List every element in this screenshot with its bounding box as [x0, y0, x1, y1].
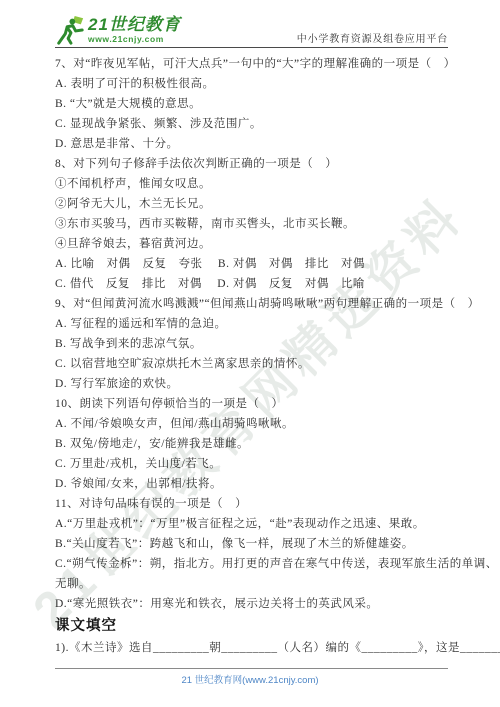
text-line: A. 写征程的遥远和军情的急迫。	[55, 314, 457, 334]
text-line: A.“万里赴戎机”：“万里”极言征程之远，“赴”表现动作之迅速、果敢。	[55, 514, 457, 534]
footer-site-link[interactable]: 21 世纪教育网(www.21cnjy.com)	[0, 672, 500, 686]
text-line: 无聊。	[55, 574, 457, 594]
logo-runner-icon	[55, 14, 85, 46]
text-line: A. 不闻/爷娘唤女声，但闻/燕山胡骑鸣啾啾。	[55, 414, 457, 434]
body-lines: 7、对“昨夜见军帖，可汗大点兵”一句中的“大”字的理解准确的一项是（ ）A. 表…	[55, 54, 457, 658]
logo-text: 21世纪教育 www.21cnjy.com	[88, 16, 181, 44]
text-line: C. 借代 反复 排比 对偶 D. 对偶 反复 对偶 比喻	[55, 274, 457, 294]
text-line: A. 表明了可汗的积极性很高。	[55, 74, 457, 94]
text-line: 1).《木兰诗》选自_________朝_________（人名）编的《____…	[55, 638, 457, 658]
text-line: 7、对“昨夜见军帖，可汗大点兵”一句中的“大”字的理解准确的一项是（ ）	[55, 54, 457, 74]
brand-name: 21世纪教育	[88, 16, 181, 33]
text-line: ④旦辞爷娘去，暮宿黄河边。	[55, 234, 457, 254]
section-heading: 课文填空	[55, 614, 457, 638]
text-line: ①不闻机杼声，惟闻女叹息。	[55, 174, 457, 194]
text-line: B. “大”就是大规模的意思。	[55, 94, 457, 114]
text-line: ③东市买骏马，西市买鞍鞯，南市买辔头，北市买长鞭。	[55, 214, 457, 234]
text-line: D. 写行军旅途的欢快。	[55, 374, 457, 394]
text-line: C. 显现战争紧张、频繁、涉及范围广。	[55, 114, 457, 134]
text-line: B. 写战争到来的悲凉气氛。	[55, 334, 457, 354]
text-line: C. 以宿营地空旷寂凉烘托木兰离家思亲的情怀。	[55, 354, 457, 374]
text-line: 10、朗读下列语句停顿恰当的一项是（ ）	[55, 394, 457, 414]
text-line: C.“朔气传金柝”：朔，指北方。用打更的声音在寒气中传送，表现军旅生活的单调、	[55, 554, 457, 574]
text-line: B.“关山度若飞”：跨越飞和山，像飞一样，展现了木兰的矫健雄姿。	[55, 534, 457, 554]
text-line: D. 爷娘闻/女来，出郭相/扶将。	[55, 474, 457, 494]
text-line: ②阿爷无大儿，木兰无长兄。	[55, 194, 457, 214]
page-header: 21世纪教育 www.21cnjy.com 中小学教育资源及组卷应用平台	[55, 9, 448, 48]
text-line: 9、对“但闻黄河流水鸣溅溅”“但闻燕山胡骑鸣啾啾”两句理解正确的一项是（ ）	[55, 294, 457, 314]
text-line: B. 双兔/傍地走/，安/能辨我是雄雌。	[55, 434, 457, 454]
platform-title: 中小学教育资源及组卷应用平台	[297, 30, 448, 47]
text-line: A. 比喻 对偶 反复 夸张 B. 对偶 对偶 排比 对偶	[55, 254, 457, 274]
text-line: 8、对下列句子修辞手法依次判断正确的一项是（ ）	[55, 154, 457, 174]
document-page: 21世纪教育网精选资料 21世纪教育 www.21cnjy.com 中小学教育资…	[0, 0, 500, 707]
brand-url[interactable]: www.21cnjy.com	[88, 35, 181, 44]
text-line: C. 万里赴/戎机，关山度/若飞。	[55, 454, 457, 474]
logo: 21世纪教育 www.21cnjy.com	[55, 14, 181, 47]
text-line: D.“寒光照铁衣”：用寒光和铁衣，展示边关将士的英武风采。	[55, 594, 457, 614]
text-line: 11、对诗句品味有误的一项是（ ）	[55, 494, 457, 514]
footer-divider	[55, 668, 448, 669]
text-line: D. 意思是非常、十分。	[55, 134, 457, 154]
